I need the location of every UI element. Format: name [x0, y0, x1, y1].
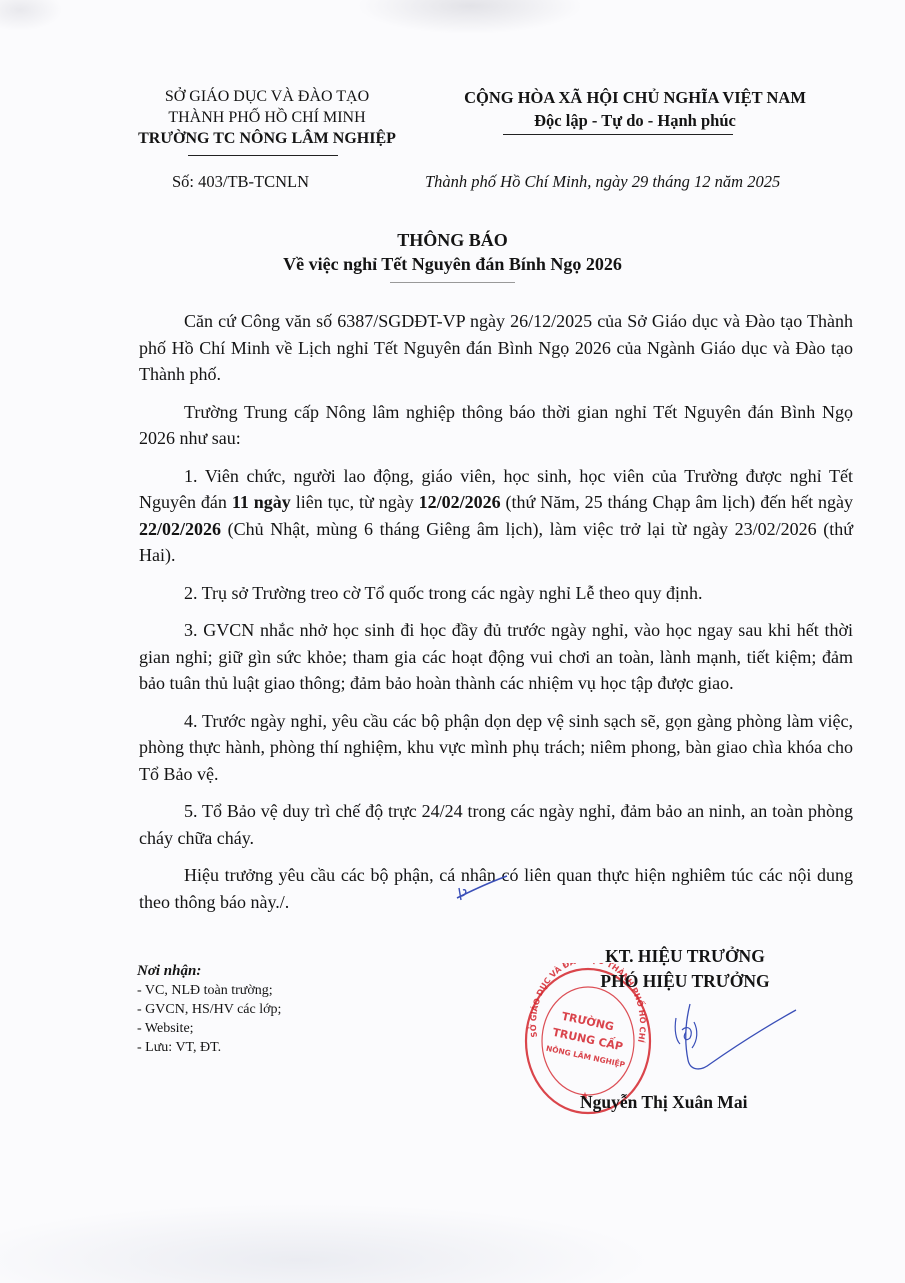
recipient-item: - Website; — [137, 1019, 281, 1038]
signer-role-line-2: PHÓ HIỆU TRƯỞNG — [560, 969, 810, 994]
recipient-item: - Lưu: VT, ĐT. — [137, 1038, 281, 1057]
school-name: TRƯỜNG TC NÔNG LÂM NGHIỆP — [112, 128, 422, 149]
agency-line-1: SỞ GIÁO DỤC VÀ ĐÀO TẠO — [112, 86, 422, 107]
national-heading-block: CỘNG HÒA XÃ HỘI CHỦ NGHĨA VIỆT NAM Độc l… — [410, 86, 860, 132]
issuing-agency-block: SỞ GIÁO DỤC VÀ ĐÀO TẠO THÀNH PHỐ HỒ CHÍ … — [112, 86, 422, 149]
holiday-end-date: 22/02/2026 — [139, 519, 221, 539]
item-3: 3. GVCN nhắc nhở học sinh đi học đầy đủ … — [139, 617, 853, 697]
title-underline — [390, 282, 515, 283]
document-number: Số: 403/TB-TCNLN — [172, 172, 309, 192]
signer-name: Nguyễn Thị Xuân Mai — [580, 1092, 747, 1113]
signer-title-block: KT. HIỆU TRƯỞNG PHÓ HIỆU TRƯỞNG — [560, 944, 810, 994]
holiday-start-date: 12/02/2026 — [419, 492, 501, 512]
initial-mark-icon — [455, 870, 510, 905]
item-2: 2. Trụ sở Trường treo cờ Tổ quốc trong c… — [139, 580, 853, 607]
document-title-block: THÔNG BÁO Về việc nghỉ Tết Nguyên đán Bí… — [0, 228, 905, 276]
paragraph-intro: Trường Trung cấp Nông lâm nghiệp thông b… — [139, 399, 853, 452]
recipient-item: - VC, NLĐ toàn trường; — [137, 981, 281, 1000]
place-and-date: Thành phố Hồ Chí Minh, ngày 29 tháng 12 … — [425, 172, 780, 192]
item-4: 4. Trước ngày nghỉ, yêu cầu các bộ phận … — [139, 708, 853, 788]
recipients-block: Nơi nhận: - VC, NLĐ toàn trường; - GVCN,… — [137, 962, 281, 1057]
holiday-duration: 11 ngày — [232, 492, 291, 512]
agency-line-2: THÀNH PHỐ HỒ CHÍ MINH — [112, 107, 422, 128]
document-subtitle: Về việc nghỉ Tết Nguyên đán Bính Ngọ 202… — [0, 252, 905, 276]
item-5: 5. Tổ Bảo vệ duy trì chế độ trực 24/24 t… — [139, 798, 853, 851]
motto-underline — [503, 134, 733, 135]
recipients-heading: Nơi nhận: — [137, 962, 281, 981]
national-motto: Độc lập - Tự do - Hạnh phúc — [410, 109, 860, 132]
nation-name: CỘNG HÒA XÃ HỘI CHỦ NGHĨA VIỆT NAM — [410, 86, 860, 109]
signer-role-line-1: KT. HIỆU TRƯỞNG — [560, 944, 810, 969]
paragraph-basis: Căn cứ Công văn số 6387/SGDĐT-VP ngày 26… — [139, 308, 853, 388]
document-body: Căn cứ Công văn số 6387/SGDĐT-VP ngày 26… — [139, 308, 853, 926]
recipient-item: - GVCN, HS/HV các lớp; — [137, 1000, 281, 1019]
school-underline — [188, 155, 338, 156]
item-1: 1. Viên chức, người lao động, giáo viên,… — [139, 463, 853, 569]
document-title: THÔNG BÁO — [0, 228, 905, 252]
handwritten-signature-icon — [660, 1000, 800, 1080]
